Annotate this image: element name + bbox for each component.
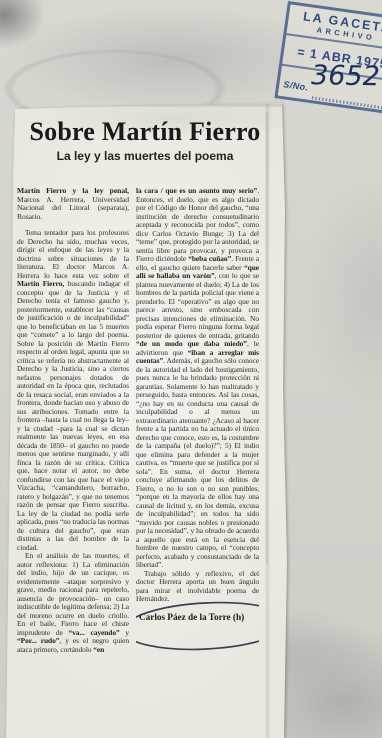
article-paragraph: la cara / que es un asunto muy serio”. E… bbox=[136, 187, 259, 570]
article-masthead: Sobre Martín Fierro La ley y las muertes… bbox=[18, 117, 272, 163]
article-column-right: la cara / que es un asunto muy serio”. E… bbox=[136, 187, 259, 738]
text-run: . Además, el gaucho sólo conoce de la au… bbox=[136, 356, 259, 569]
vertical-crease bbox=[266, 112, 268, 564]
text-run: Marcos A. Herrera, Universidad Nacional … bbox=[17, 195, 129, 221]
article-paragraph: Trabajo sólido y reflexivo, el del docto… bbox=[136, 570, 259, 604]
scanned-clipping-page: LA GACETA ARCHIVO = 1 ABR 1975 S/No. 365… bbox=[0, 0, 382, 738]
pen-circle-annotation bbox=[136, 598, 259, 658]
text-run: En el análisis de las muertes, el autor … bbox=[17, 551, 129, 637]
article-byline: Carlos Páez de la Torre (h) bbox=[139, 613, 244, 623]
text-run: , con lo que se plantea nuevamente el du… bbox=[136, 271, 259, 340]
article-column-left: Martín Fierro y la ley penal, Marcos A. … bbox=[17, 187, 129, 738]
text-run: buscando indagar el concepto que de la J… bbox=[17, 279, 129, 552]
text-run: . Entonces, el duelo, que es algo dictad… bbox=[136, 187, 259, 263]
text-run: Trabajo sólido y reflexivo, el del docto… bbox=[136, 569, 259, 604]
bold-run: “en bbox=[93, 645, 104, 654]
article-body: Martín Fierro y la ley penal, Marcos A. … bbox=[17, 187, 259, 738]
clipping-shadow: Sobre Martín Fierro La ley y las muertes… bbox=[0, 0, 382, 738]
article-paragraph: Tema tentador para los profesores de Der… bbox=[17, 229, 129, 552]
byline-wrap: Carlos Páez de la Torre (h) bbox=[139, 613, 259, 623]
clipping-top-edge bbox=[10, 104, 284, 106]
article-title: Sobre Martín Fierro bbox=[18, 117, 272, 146]
text-run: Tema tentador para los profesores de Der… bbox=[17, 228, 129, 280]
article-paragraph: En el análisis de las muertes, el autor … bbox=[17, 552, 129, 654]
newspaper-clipping: Sobre Martín Fierro La ley y las muertes… bbox=[0, 0, 382, 738]
article-lede: Martín Fierro y la ley penal, Marcos A. … bbox=[17, 187, 129, 221]
article-subtitle: La ley y las muertes del poema bbox=[18, 149, 272, 163]
